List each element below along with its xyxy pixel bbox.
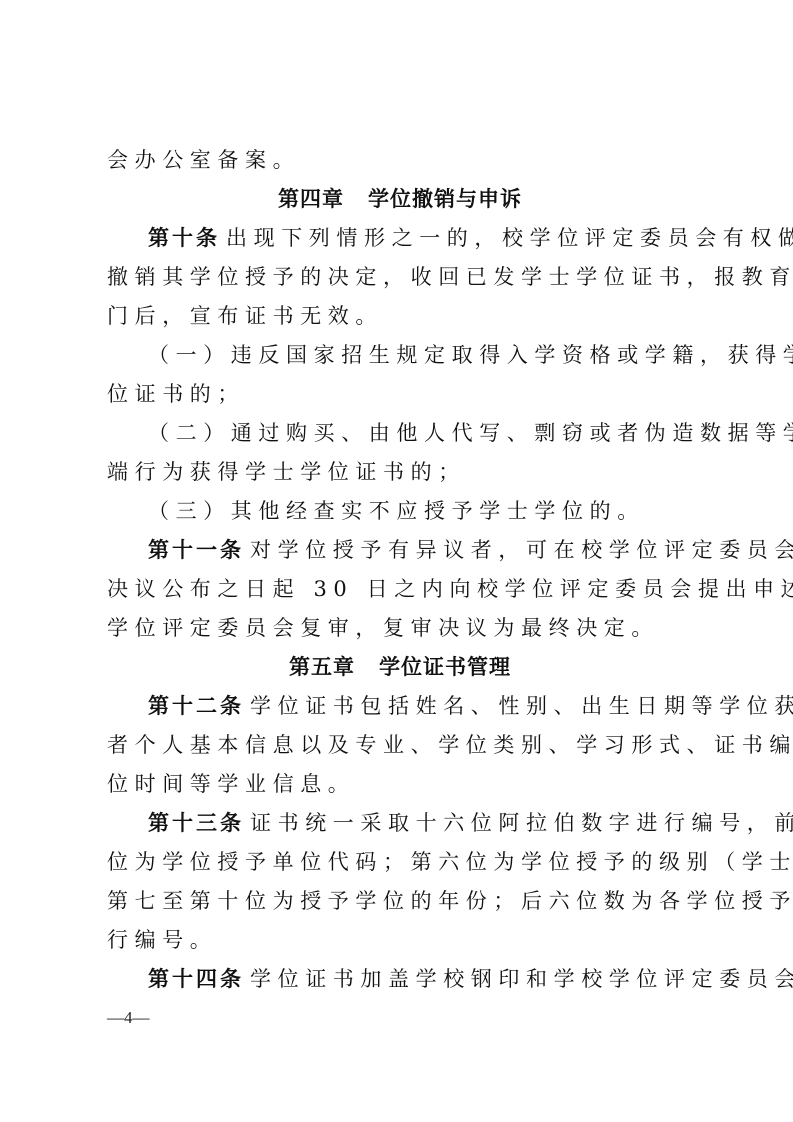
list-item: （二）通过购买、由他人代写、剽窃或者伪造数据等学术不 bbox=[107, 414, 693, 453]
article-label: 第十二条 bbox=[148, 694, 244, 718]
chapter-number: 第四章 bbox=[278, 187, 344, 211]
article-line: 第十四条学位证书加盖学校钢印和学校学位评定委员会主 bbox=[107, 960, 693, 999]
body-line: 门后，宣布证书无效。 bbox=[107, 297, 693, 336]
chapter-heading: 第四章学位撤销与申诉 bbox=[107, 180, 693, 219]
chapter-heading: 第五章学位证书管理 bbox=[107, 648, 693, 687]
body-line: 行编号。 bbox=[107, 921, 693, 960]
article-text: 证书统一采取十六位阿拉伯数字进行编号，前五 bbox=[250, 811, 793, 835]
body-line: 会办公室备案。 bbox=[107, 141, 693, 180]
article-text: 学位证书加盖学校钢印和学校学位评定委员会主 bbox=[250, 967, 793, 991]
body-line: 撤销其学位授予的决定，收回已发学士学位证书，报教育行政部 bbox=[107, 258, 693, 297]
body-line: 端行为获得学士学位证书的； bbox=[107, 453, 693, 492]
list-item: （三）其他经查实不应授予学士学位的。 bbox=[107, 492, 693, 531]
body-line: 决议公布之日起 30 日之内向校学位评定委员会提出申述；由校 bbox=[107, 570, 693, 609]
article-label: 第十一条 bbox=[148, 538, 244, 562]
body-line: 者个人基本信息以及专业、学位类别、学习形式、证书编号、授 bbox=[107, 726, 693, 765]
list-item: （一）违反国家招生规定取得入学资格或学籍，获得学士学 bbox=[107, 336, 693, 375]
body-line: 位为学位授予单位代码；第六位为学位授予的级别（学士为 4）； bbox=[107, 843, 693, 882]
article-line: 第十一条对学位授予有异议者，可在校学位评定委员会议 bbox=[107, 531, 693, 570]
article-label: 第十三条 bbox=[148, 811, 244, 835]
body-line: 位证书的； bbox=[107, 375, 693, 414]
article-line: 第十三条证书统一采取十六位阿拉伯数字进行编号，前五 bbox=[107, 804, 693, 843]
article-line: 第十二条学位证书包括姓名、性别、出生日期等学位获得 bbox=[107, 687, 693, 726]
chapter-title: 学位证书管理 bbox=[379, 655, 511, 679]
article-label: 第十四条 bbox=[148, 967, 244, 991]
document-page: 会办公室备案。 第四章学位撤销与申诉 第十条出现下列情形之一的，校学位评定委员会… bbox=[107, 141, 693, 999]
chapter-number: 第五章 bbox=[289, 655, 355, 679]
chapter-title: 学位撤销与申诉 bbox=[368, 187, 522, 211]
article-text: 出现下列情形之一的，校学位评定委员会有权做出 bbox=[226, 226, 793, 250]
body-line: 学位评定委员会复审，复审决议为最终决定。 bbox=[107, 609, 693, 648]
page-number: —4— bbox=[107, 1008, 150, 1028]
body-line: 第七至第十位为授予学位的年份；后六位数为各学位授予单位自 bbox=[107, 882, 693, 921]
article-label: 第十条 bbox=[148, 226, 220, 250]
body-line: 位时间等学业信息。 bbox=[107, 765, 693, 804]
article-text: 学位证书包括姓名、性别、出生日期等学位获得 bbox=[250, 694, 793, 718]
article-text: 对学位授予有异议者，可在校学位评定委员会议 bbox=[250, 538, 793, 562]
article-line: 第十条出现下列情形之一的，校学位评定委员会有权做出 bbox=[107, 219, 693, 258]
